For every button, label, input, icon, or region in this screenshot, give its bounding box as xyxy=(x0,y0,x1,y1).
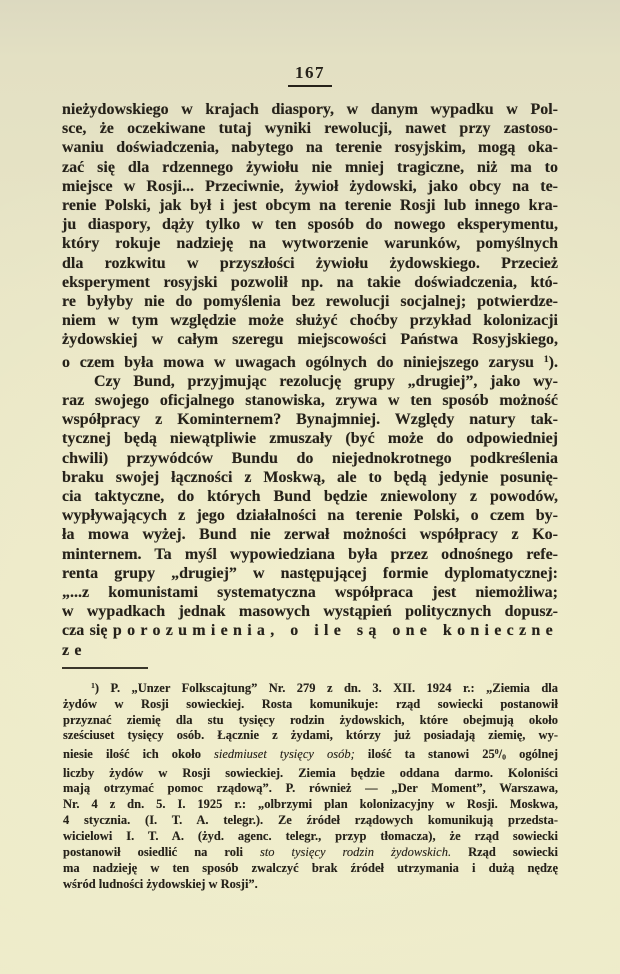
text-line: żydów w Rosji sowieckiej. Rosta komuniku… xyxy=(63,697,558,713)
text-line: 1) P. „Unzer Folkscajtung” Nr. 279 z dn.… xyxy=(63,678,558,697)
text-line: sześciuset tysięcy osób. Łącznie z żydam… xyxy=(63,728,558,744)
text-segment: Nr. 4 z dn. 5. I. 1925 r.: „olbrzymi pla… xyxy=(63,797,558,811)
text-segment: Czy Bund, przyjmując rezolucję grupy „dr… xyxy=(94,373,558,390)
footnote-separator xyxy=(62,667,148,669)
text-segment: Rząd sowiecki xyxy=(451,845,558,859)
text-line: w wypadkach jednak masowych wystąpień po… xyxy=(62,602,558,621)
text-line: chwili) przywódców Bundu do niejednokrot… xyxy=(62,449,558,468)
body-text: nieżydowskiego w krajach diaspory, w dan… xyxy=(62,100,558,660)
text-segment: nieżydowskiego w krajach diaspory, w dan… xyxy=(62,101,558,118)
text-line: eksperyment rosyjski pozwolił np. na tak… xyxy=(62,273,558,292)
text-line: cza się porozumienia, o ile są one konie… xyxy=(62,621,558,659)
text-segment: dla rozkwitu w przyszłości żywiołu żydow… xyxy=(62,255,558,272)
text-line: niesie ilość ich około siedmiuset tysięc… xyxy=(63,744,558,765)
text-segment: ogólnej xyxy=(506,747,558,761)
text-segment: postanowił osiedlić na roli xyxy=(63,845,260,859)
text-segment: renie Polski, jak był i jest obcym na te… xyxy=(62,197,558,214)
text-line: zać się dla rdzennego żywiołu nie mniej … xyxy=(62,158,558,177)
text-segment: żydowskiej w całym szeregu miejscowości … xyxy=(62,331,558,348)
text-line: renie Polski, jak był i jest obcym na te… xyxy=(62,196,558,215)
text-line: niem w tym względzie może służyć choćby … xyxy=(62,311,558,330)
text-segment: minternem. Ta myśl wypowiedziana była pr… xyxy=(62,546,558,563)
text-segment: sześciuset tysięcy osób. Łącznie z żydam… xyxy=(63,728,558,742)
text-line: ła mowa wyżej. Bund nie zerwał możności … xyxy=(62,525,558,544)
text-segment: wicielowi I. T. A. (żyd. agenc. telegr.,… xyxy=(63,829,558,843)
text-line: Nr. 4 z dn. 5. I. 1925 r.: „olbrzymi pla… xyxy=(63,797,558,813)
text-segment: zać się dla rdzennego żywiołu nie mniej … xyxy=(62,159,558,176)
text-segment: ilość ta stanowi 25 xyxy=(355,747,495,761)
text-segment: ła mowa wyżej. Bund nie zerwał możności … xyxy=(62,526,558,543)
text-segment: żydów w Rosji sowieckiej. Rosta komuniku… xyxy=(63,697,558,711)
text-line: ma nadzieję w ten sposób zwalczyć brak ź… xyxy=(63,861,558,877)
page-header: 167 xyxy=(0,0,620,87)
text-line: wicielowi I. T. A. (żyd. agenc. telegr.,… xyxy=(63,829,558,845)
text-segment: ju diaspory, dąży tylko w ten sposób do … xyxy=(62,216,558,233)
text-line: waniu doświadczenia, nabytego na terenie… xyxy=(62,138,558,157)
text-segment: re byłyby nie do pomyślenia bez rewolucj… xyxy=(62,293,558,310)
text-line: Czy Bund, przyjmując rezolucję grupy „dr… xyxy=(62,372,558,391)
text-line: żydowskiej w całym szeregu miejscowości … xyxy=(62,330,558,349)
text-line: 4 stycznia. (I. T. A. telegr.). Ze źróde… xyxy=(63,813,558,829)
text-line: re byłyby nie do pomyślenia bez rewolucj… xyxy=(62,292,558,311)
text-segment: niem w tym względzie może służyć choćby … xyxy=(62,312,558,329)
text-segment: niesie ilość ich około xyxy=(63,747,214,761)
text-line: minternem. Ta myśl wypowiedziana była pr… xyxy=(62,545,558,564)
text-line: wypływających z jego działalności na ter… xyxy=(62,506,558,525)
text-line: który rokuje nadzieję na wytworzenie war… xyxy=(62,234,558,253)
page-number: 167 xyxy=(288,63,332,87)
text-segment: współpracy z Kominternem? Bynajmniej. Wz… xyxy=(62,411,558,428)
text-segment: o czem była mowa w uwagach ogólnych do n… xyxy=(62,354,544,371)
text-segment: raz swojego oficjalnego stanowiska, zryw… xyxy=(62,392,558,409)
text-line: cia taktyczne, do których Bund będzie zn… xyxy=(62,487,558,506)
text-line: miejsce w Rosji... Przeciwnie, żywioł ży… xyxy=(62,177,558,196)
book-page-scan: 167 nieżydowskiego w krajach diaspory, w… xyxy=(0,0,620,974)
text-segment: „...z komunistami systematyczna współpra… xyxy=(62,584,558,601)
text-line: „...z komunistami systematyczna współpra… xyxy=(62,583,558,602)
text-segment: mają otrzymać pomoc rządową”. P. również… xyxy=(63,781,558,795)
text-segment: ). xyxy=(549,354,558,371)
text-line: ju diaspory, dąży tylko w ten sposób do … xyxy=(62,215,558,234)
text-segment: braku swojej łączności z Moskwą, ale to … xyxy=(62,469,558,486)
text-segment: wśród ludności żydowskiej w Rosji”. xyxy=(63,877,258,891)
text-line: nieżydowskiego w krajach diaspory, w dan… xyxy=(62,100,558,119)
text-line: renta grupy „drugiej” w następującej for… xyxy=(62,564,558,583)
text-line: postanowił osiedlić na roli sto tysięcy … xyxy=(63,845,558,861)
text-segment: w wypadkach jednak masowych wystąpień po… xyxy=(62,603,558,620)
text-line: mają otrzymać pomoc rządową”. P. również… xyxy=(63,781,558,797)
text-segment: eksperyment rosyjski pozwolił np. na tak… xyxy=(62,274,558,291)
text-line: braku swojej łączności z Moskwą, ale to … xyxy=(62,468,558,487)
text-segment: miejsce w Rosji... Przeciwnie, żywioł ży… xyxy=(62,178,558,195)
text-segment: waniu doświadczenia, nabytego na terenie… xyxy=(62,139,558,156)
text-segment: sce, że oczekiwane tutaj wyniki rewolucj… xyxy=(62,120,558,137)
text-segment: renta grupy „drugiej” w następującej for… xyxy=(62,565,558,582)
text-line: o czem była mowa w uwagach ogólnych do n… xyxy=(62,350,558,372)
text-segment: sto tysięcy rodzin żydowskich. xyxy=(260,845,451,859)
text-segment: cia taktyczne, do których Bund będzie zn… xyxy=(62,488,558,505)
text-segment: porozumienia, o ile są one konieczne ze xyxy=(62,622,558,658)
text-line: dla rozkwitu w przyszłości żywiołu żydow… xyxy=(62,254,558,273)
text-segment: cza się xyxy=(62,622,113,639)
text-segment: 4 stycznia. (I. T. A. telegr.). Ze źróde… xyxy=(63,813,558,827)
text-line: liczby żydów w Rosji sowieckiej. Ziemia … xyxy=(63,766,558,782)
text-segment: wypływających z jego działalności na ter… xyxy=(62,507,558,524)
text-segment: który rokuje nadzieję na wytworzenie war… xyxy=(62,235,558,252)
text-line: przyznać ziemię dla stu tysięcy rodzin ż… xyxy=(63,713,558,729)
text-segment: tycznej będą niewątpliwie zmuszały (być … xyxy=(62,430,558,447)
text-line: tycznej będą niewątpliwie zmuszały (być … xyxy=(62,429,558,448)
footnote-text: 1) P. „Unzer Folkscajtung” Nr. 279 z dn.… xyxy=(63,678,558,893)
text-segment: ) P. „Unzer Folkscajtung” Nr. 279 z dn. … xyxy=(95,681,558,695)
text-line: współpracy z Kominternem? Bynajmniej. Wz… xyxy=(62,410,558,429)
text-line: sce, że oczekiwane tutaj wyniki rewolucj… xyxy=(62,119,558,138)
text-line: raz swojego oficjalnego stanowiska, zryw… xyxy=(62,391,558,410)
text-segment: przyznać ziemię dla stu tysięcy rodzin ż… xyxy=(63,713,558,727)
text-segment: chwili) przywódców Bundu do niejednokrot… xyxy=(62,450,558,467)
text-segment: liczby żydów w Rosji sowieckiej. Ziemia … xyxy=(63,766,558,780)
text-segment: ma nadzieję w ten sposób zwalczyć brak ź… xyxy=(63,861,558,875)
text-segment: siedmiuset tysięcy osób; xyxy=(214,747,355,761)
text-line: wśród ludności żydowskiej w Rosji”. xyxy=(63,877,558,893)
